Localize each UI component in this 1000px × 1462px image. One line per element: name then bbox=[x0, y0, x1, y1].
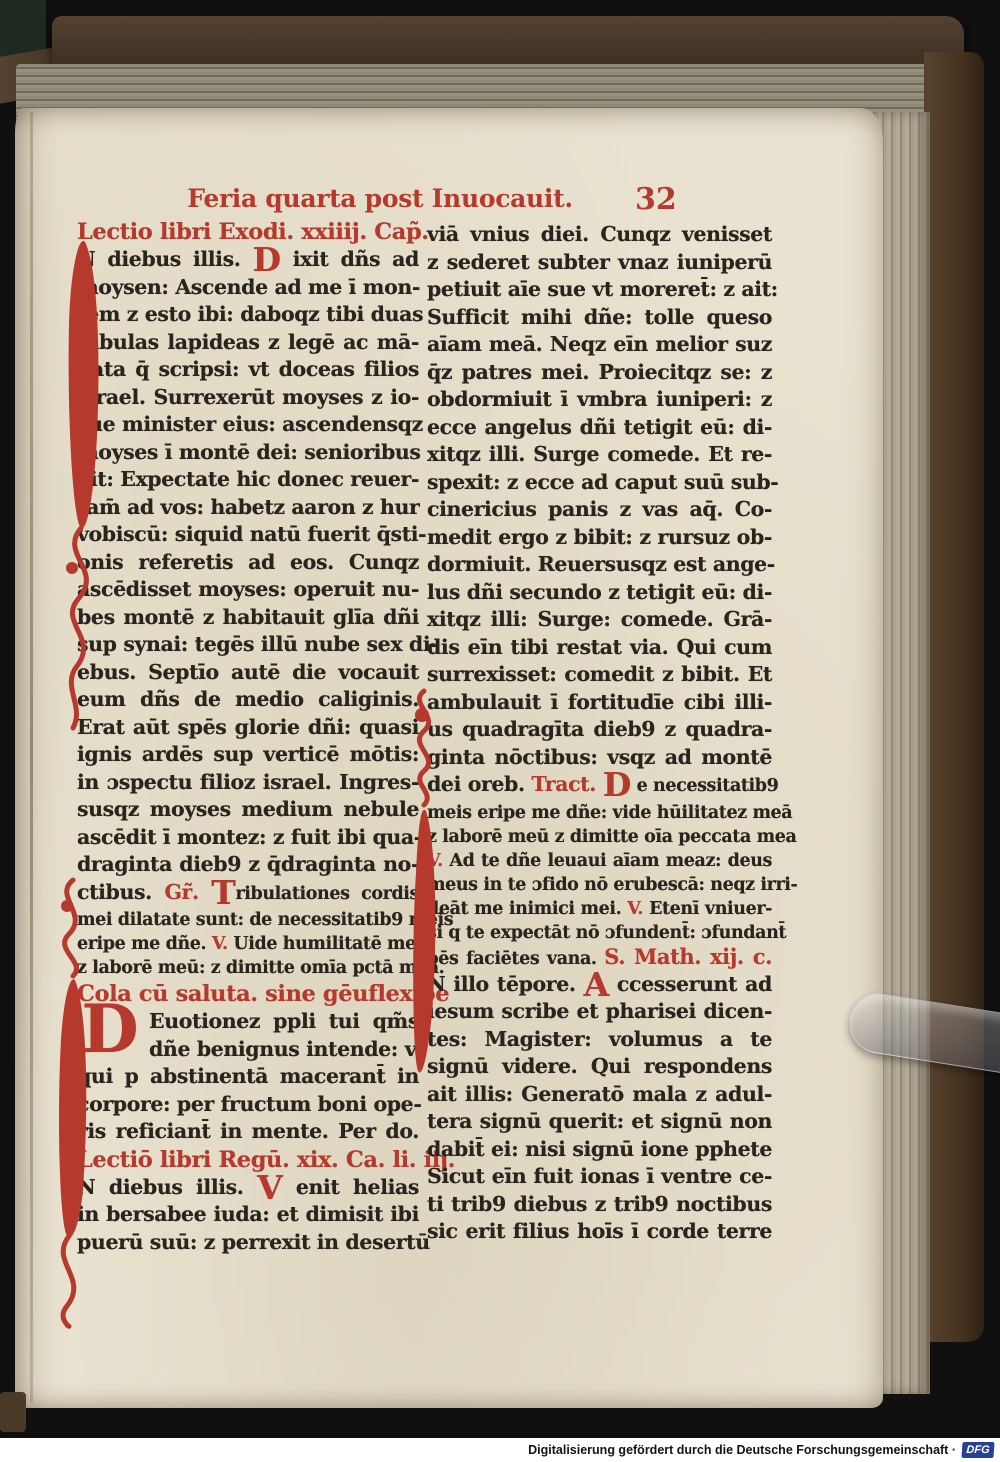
text-line: ris reficiant̄ in mente. Per do. bbox=[77, 1118, 419, 1146]
text-line: sic erit filius hoīs ī corde terre bbox=[427, 1218, 772, 1246]
text-segment: onis referetis ad eos. Cunqz bbox=[77, 550, 419, 574]
text-segment: z laborē meū: z dimitte omīa pctā mea. bbox=[77, 958, 444, 978]
text-segment: eum dñs de medio caliginis. bbox=[77, 687, 419, 711]
text-segment: moyses ī montē dei: senioribus bbox=[77, 440, 421, 464]
text-segment: N diebus illis. bbox=[77, 1175, 257, 1199]
text-segment: ixit dñs ad bbox=[281, 247, 419, 271]
text-line: dormiuit. Reuersusqz est ange- bbox=[427, 551, 772, 579]
margin-flourish-top-icon bbox=[51, 236, 111, 756]
rubric-segment: Tract. bbox=[531, 772, 602, 796]
text-segment: ignis ardēs sup verticē mōtis: bbox=[77, 742, 419, 766]
text-line: vobiscū: siquid natū fuerit q̄sti- bbox=[77, 521, 419, 549]
margin-flourish-bottom-icon bbox=[43, 870, 103, 1340]
text-segment: obdormiuit ī vmbra iuniperi: z bbox=[427, 387, 772, 411]
text-line: israel. Surrexerūt moyses z io- bbox=[77, 384, 419, 412]
text-line: ctibus. Gr̃. Tribulationes cordis bbox=[77, 879, 419, 909]
text-segment: petiuit aīe sue vt moreret̄: z ait: bbox=[427, 277, 778, 301]
text-line: us quadragīta dieb9 z quadra- bbox=[427, 716, 772, 744]
text-line: ait illis: Generatō mala z adul- bbox=[427, 1081, 772, 1109]
text-segment: xitqz illi. Surge comede. Et re- bbox=[427, 442, 772, 466]
text-segment: ait illis: Generatō mala z adul- bbox=[427, 1082, 772, 1106]
text-line: corpore: per fructum boni ope- bbox=[77, 1091, 419, 1119]
text-segment: ebus. Septīo autē die vocauit bbox=[77, 660, 419, 684]
text-segment: sup synai: tegēs illū nube sex di- bbox=[77, 632, 438, 656]
text-line: Sicut eīn fuit ionas ī ventre ce- bbox=[427, 1163, 772, 1191]
text-line: z laborē meū: z dimitte omīa pctā mea. bbox=[77, 956, 419, 980]
text-line: susqz moyses medium nebule bbox=[77, 796, 419, 824]
text-segment: tem z esto ibi: daboqz tibi duas bbox=[77, 302, 423, 326]
text-line: in ɔspectu filioz israel. Ingres- bbox=[77, 769, 419, 797]
text-line: surrexisset: comedit z bibit. Et bbox=[427, 661, 772, 689]
running-title: Feria quarta post Inuocauit. bbox=[165, 184, 595, 213]
printed-text-block: Feria quarta post Inuocauit. 32 Lectio l… bbox=[15, 108, 883, 1408]
text-line: tem z esto ibi: daboqz tibi duas bbox=[77, 301, 419, 329]
text-segment: dis eīn tibi restat via. Qui cum bbox=[427, 635, 772, 659]
text-segment: susqz moyses medium nebule bbox=[77, 797, 419, 821]
text-line: ascēdit ī montez: z fuit ibi qua- bbox=[77, 824, 419, 852]
text-segment: oēs faciētes vana. bbox=[427, 949, 604, 969]
text-line: Sufficit mihi dñe: tolle queso bbox=[427, 304, 772, 332]
text-segment: deāt me inimici mei. bbox=[427, 899, 627, 919]
text-line: medit ergo z bibit: z rursuz ob- bbox=[427, 524, 772, 552]
text-segment: mei dilatate sunt: de necessitatib9 meis bbox=[77, 910, 453, 930]
text-line: si q te expectāt nō ɔfundent̄: ɔfundant̄ bbox=[427, 921, 772, 945]
text-line: spexit: z ecce ad caput suū sub- bbox=[427, 469, 772, 497]
text-segment: ribulationes cordis bbox=[235, 884, 419, 904]
text-line: petiuit aīe sue vt moreret̄: z ait: bbox=[427, 276, 772, 304]
text-line: cinericius panis z vas aq̄. Co- bbox=[427, 496, 772, 524]
text-line: meus in te ɔfido nō erubescā: neqz irri- bbox=[427, 873, 772, 897]
text-column-left: Lectio libri Exodi. xxiiij. Cap̃.N diebu… bbox=[77, 218, 419, 1256]
text-line: lus dñi secundo z tetigit eū: di- bbox=[427, 579, 772, 607]
text-segment: ginta nōctibus: vsqz ad montē bbox=[427, 745, 772, 769]
text-segment: tera signū querit: et signū non bbox=[427, 1109, 772, 1133]
text-segment: Erat aūt spēs glorie dñi: quasi bbox=[77, 715, 419, 739]
text-segment: ascēdit ī montez: z fuit ibi qua- bbox=[77, 825, 422, 849]
text-line: sue minister eius: ascendensqz bbox=[77, 411, 419, 439]
text-line: dei oreb. Tract. D e necessitatib9 bbox=[427, 771, 772, 801]
text-line: mei dilatate sunt: de necessitatib9 meis bbox=[77, 908, 419, 932]
leather-cover-fore-edge bbox=[924, 52, 984, 1342]
text-segment: meis eripe me dñe: vide hūilitatez meā bbox=[427, 803, 792, 823]
text-segment: bes montē z habitauit glīa dñi bbox=[77, 605, 419, 629]
text-segment: in bersabee iuda: et dimisit ibi bbox=[77, 1202, 419, 1226]
text-segment: vobiscū: siquid natū fuerit q̄sti- bbox=[77, 522, 426, 546]
text-segment: aīam meā. Neqz eīn melior suz bbox=[427, 332, 772, 356]
text-segment: draginta dieb9 z q̄draginta no- bbox=[77, 852, 419, 876]
text-column-right: viā vnius diei. Cunqz venissetz sederet … bbox=[427, 221, 772, 1246]
text-line: meis eripe me dñe: vide hūilitatez meā bbox=[427, 801, 772, 825]
text-line: eripe me dñe. V. Uide humilitatē meā bbox=[77, 932, 419, 956]
text-segment: israel. Surrexerūt moyses z io- bbox=[77, 385, 419, 409]
text-line: aīam meā. Neqz eīn melior suz bbox=[427, 331, 772, 359]
text-segment: data q̄ scripsi: vt doceas filios bbox=[77, 357, 419, 381]
text-line: ait: Expectate hic donec reuer- bbox=[77, 466, 419, 494]
text-line: tam̄ ad vos: habetz aaron z hur bbox=[77, 494, 419, 522]
text-line: z laborē meū z dimitte oīa peccata mea bbox=[427, 825, 772, 849]
text-segment: corpore: per fructum boni ope- bbox=[77, 1092, 421, 1116]
text-segment: z laborē meū z dimitte oīa peccata mea bbox=[427, 827, 796, 847]
text-line: moysen: Ascende ad me ī mon- bbox=[77, 274, 419, 302]
text-line: dabit̄ ei: nisi signū ione pphete bbox=[427, 1136, 772, 1164]
text-segment: moysen: Ascende ad me ī mon- bbox=[77, 275, 420, 299]
text-line: ignis ardēs sup verticē mōtis: bbox=[77, 741, 419, 769]
text-line: in bersabee iuda: et dimisit ibi bbox=[77, 1201, 419, 1229]
text-segment: tabulas lapideas z legē ac mā- bbox=[77, 330, 419, 354]
text-segment: ascēdisset moyses: operuit nu- bbox=[77, 577, 419, 601]
digitized-book-photo: Feria quarta post Inuocauit. 32 Lectio l… bbox=[0, 0, 1000, 1462]
text-segment: Euotionez ppli tui qm̃s bbox=[149, 1009, 419, 1033]
text-line: Erat aūt spēs glorie dñi: quasi bbox=[77, 714, 419, 742]
text-segment: ris reficiant̄ in mente. Per do. bbox=[77, 1119, 419, 1143]
text-segment: Sufficit mihi dñe: tolle queso bbox=[427, 305, 772, 329]
text-segment: lus dñi secundo z tetigit eū: di- bbox=[427, 580, 772, 604]
text-segment: medit ergo z bibit: z rursuz ob- bbox=[427, 525, 772, 549]
text-line: ascēdisset moyses: operuit nu- bbox=[77, 576, 419, 604]
text-segment: spexit: z ecce ad caput suū sub- bbox=[427, 470, 778, 494]
text-segment: dñe benignus intende: vt bbox=[149, 1037, 425, 1061]
text-segment: si q te expectāt nō ɔfundent̄: ɔfundant̄ bbox=[427, 923, 786, 943]
text-line: tes: Magister: volumus a te bbox=[427, 1026, 772, 1054]
text-segment: ecce angelus dñi tetigit eū: di- bbox=[427, 415, 772, 439]
text-line: iesum scribe et pharisei dicen- bbox=[427, 998, 772, 1026]
text-line: obdormiuit ī vmbra iuniperi: z bbox=[427, 386, 772, 414]
text-line: xitqz illi: Surge: comede. Grā- bbox=[427, 606, 772, 634]
text-segment: xitqz illi: Surge: comede. Grā- bbox=[427, 607, 772, 631]
text-segment: N illo tēpore. bbox=[427, 972, 584, 996]
text-line: dis eīn tibi restat via. Qui cum bbox=[427, 634, 772, 662]
gutter-flourish-icon bbox=[400, 683, 448, 1103]
rubric-line: Lectio libri Exodi. xxiiij. Cap̃. bbox=[77, 218, 419, 246]
text-segment: in ɔspectu filioz israel. Ingres- bbox=[77, 770, 419, 794]
text-line: eum dñs de medio caliginis. bbox=[77, 686, 419, 714]
text-line: puerū suū: z perrexit in desertū bbox=[77, 1229, 419, 1257]
text-segment: tam̄ ad vos: habetz aaron z hur bbox=[77, 495, 419, 519]
text-segment: Uide humilitatē meā bbox=[233, 934, 426, 954]
text-segment: ait: Expectate hic donec reuer- bbox=[77, 467, 419, 491]
text-line: deāt me inimici mei. V. Etenī vniuer- bbox=[427, 897, 772, 921]
text-line: ebus. Septīo autē die vocauit bbox=[77, 659, 419, 687]
banner-credit-text: Digitalisierung gefördert durch die Deut… bbox=[528, 1443, 956, 1457]
text-line: ecce angelus dñi tetigit eū: di- bbox=[427, 414, 772, 442]
text-line: N diebus illis. D ixit dñs ad bbox=[77, 246, 419, 274]
text-segment: viā vnius diei. Cunqz venisset bbox=[427, 222, 772, 246]
text-segment: dormiuit. Reuersusqz est ange- bbox=[427, 552, 775, 576]
text-segment: sue minister eius: ascendensqz bbox=[77, 412, 423, 436]
rubric-segment: S. Math. xij. c. bbox=[604, 944, 772, 969]
text-line: xitqz illi. Surge comede. Et re- bbox=[427, 441, 772, 469]
text-line: tabulas lapideas z legē ac mā- bbox=[77, 329, 419, 357]
text-line: N illo tēpore. A ccesserunt ad bbox=[427, 971, 772, 999]
text-segment: z sederet subter vnaz iuniperū bbox=[427, 250, 772, 274]
text-segment: ti trib9 diebus z trib9 noctibus bbox=[427, 1192, 772, 1216]
red-initial: D bbox=[603, 765, 631, 804]
text-segment: iesum scribe et pharisei dicen- bbox=[427, 999, 772, 1023]
text-line: z sederet subter vnaz iuniperū bbox=[427, 249, 772, 277]
dfg-logo: DFG bbox=[961, 1442, 994, 1458]
text-line: moyses ī montē dei: senioribus bbox=[77, 439, 419, 467]
text-line: V. Ad te dñe leuaui aīam meaz: deus bbox=[427, 849, 772, 873]
text-segment: meus in te ɔfido nō erubescā: neqz irri- bbox=[427, 875, 797, 895]
folio-number: 32 bbox=[635, 182, 677, 217]
text-segment: Ad te dñe leuaui aīam meaz: deus bbox=[449, 851, 772, 871]
text-line: signū videre. Qui respondens bbox=[427, 1053, 772, 1081]
red-initial: T bbox=[211, 873, 235, 912]
rubric-segment: V. bbox=[212, 934, 234, 954]
text-line: draginta dieb9 z q̄draginta no- bbox=[77, 851, 419, 879]
text-line: data q̄ scripsi: vt doceas filios bbox=[77, 356, 419, 384]
text-line: viā vnius diei. Cunqz venisset bbox=[427, 221, 772, 249]
rubric-line: Lectiō libri Regū. xix. Ca. li. iij. bbox=[77, 1146, 419, 1174]
rubric-segment: Gr̃. bbox=[164, 880, 211, 904]
text-line: bes montē z habitauit glīa dñi bbox=[77, 604, 419, 632]
text-segment: e necessitatib9 bbox=[631, 776, 779, 796]
text-segment: ambulauit ī fortitudīe cibi illi- bbox=[427, 690, 772, 714]
text-segment: sic erit filius hoīs ī corde terre bbox=[427, 1219, 772, 1243]
digitization-banner: Digitalisierung gefördert durch die Deut… bbox=[0, 1438, 1000, 1462]
text-segment: puerū suū: z perrexit in desertū bbox=[77, 1230, 430, 1254]
text-segment: Sicut eīn fuit ionas ī ventre ce- bbox=[427, 1164, 772, 1188]
rubric-segment: V. bbox=[627, 899, 649, 919]
text-segment: ccesserunt ad bbox=[609, 972, 772, 996]
text-segment: dabit̄ ei: nisi signū ione pphete bbox=[427, 1137, 772, 1161]
text-segment: enit helias bbox=[282, 1175, 419, 1199]
text-line: ambulauit ī fortitudīe cibi illi- bbox=[427, 689, 772, 717]
text-line: ti trib9 diebus z trib9 noctibus bbox=[427, 1191, 772, 1219]
text-line: onis referetis ad eos. Cunqz bbox=[77, 549, 419, 577]
text-line: tera signū querit: et signū non bbox=[427, 1108, 772, 1136]
text-line: N diebus illis. V enit helias bbox=[77, 1174, 419, 1202]
text-segment: q̄z patres mei. Proiecitqz se: z bbox=[427, 360, 772, 384]
text-segment: cinericius panis z vas aq̄. Co- bbox=[427, 497, 772, 521]
text-line: sup synai: tegēs illū nube sex di- bbox=[77, 631, 419, 659]
text-line: ginta nōctibus: vsqz ad montē bbox=[427, 744, 772, 772]
text-segment: tes: Magister: volumus a te bbox=[427, 1027, 772, 1051]
text-segment: us quadragīta dieb9 z quadra- bbox=[427, 717, 772, 741]
text-segment: signū videre. Qui respondens bbox=[427, 1054, 772, 1078]
text-segment: Etenī vniuer- bbox=[649, 899, 772, 919]
text-line: q̄z patres mei. Proiecitqz se: z bbox=[427, 359, 772, 387]
text-segment: surrexisset: comedit z bibit. Et bbox=[427, 662, 772, 686]
